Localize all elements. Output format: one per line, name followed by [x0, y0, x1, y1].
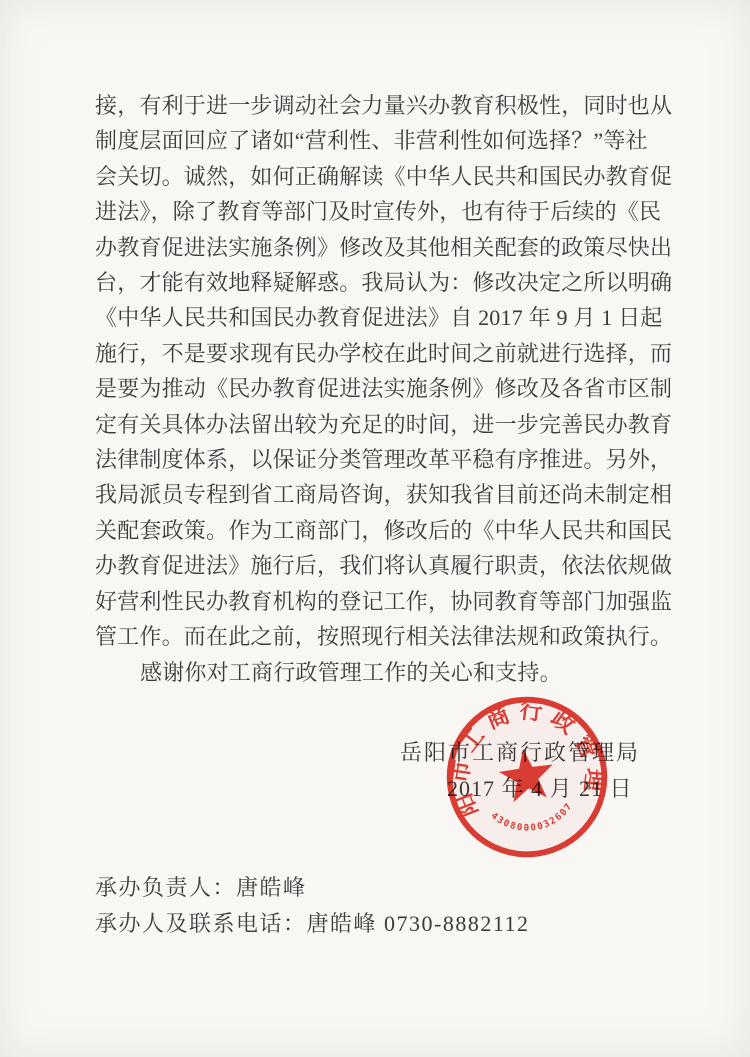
body-line: 《中华人民共和国民办教育促进法》自 2017 年 9 月 1 日起	[95, 300, 670, 335]
body-line: 台，才能有效地释疑解惑。我局认为：修改决定之所以明确	[95, 265, 670, 300]
body-line: 接，有利于进一步调动社会力量兴办教育积极性，同时也从	[95, 88, 670, 123]
seal-serial-container: 4308000032607	[488, 799, 578, 839]
letter-body: 接，有利于进一步调动社会力量兴办教育积极性，同时也从 制度层面回应了诸如“营利性…	[95, 88, 670, 690]
handler-line: 承办负责人：唐皓峰	[95, 870, 530, 906]
scanned-document-page: 接，有利于进一步调动社会力量兴办教育积极性，同时也从 制度层面回应了诸如“营利性…	[0, 0, 750, 1057]
body-line: 办教育促进法》施行后，我们将认真履行职责，依法依规做	[95, 548, 670, 583]
contact-footer: 承办负责人：唐皓峰 承办人及联系电话：唐皓峰 0730-8882112	[95, 870, 530, 942]
body-line: 定有关具体办法留出较为充足的时间，进一步完善民办教育	[95, 407, 670, 442]
closing-line: 感谢你对工商行政管理工作的关心和支持。	[95, 655, 670, 690]
contact-line: 承办人及联系电话：唐皓峰 0730-8882112	[95, 906, 530, 942]
signature-org-name: 岳阳市工商行政管理局	[400, 736, 640, 767]
body-line: 好营利性民办教育机构的登记工作，协同教育等部门加强监	[95, 584, 670, 619]
body-line: 办教育促进法实施条例》修改及其他相关配套的政策尽快出	[95, 230, 670, 265]
signature-date: 2017 年 4 月 21 日	[447, 772, 633, 803]
body-line: 会关切。诚然，如何正确解读《中华人民共和国民办教育促	[95, 159, 670, 194]
body-line: 关配套政策。作为工商部门，修改后的《中华人民共和国民	[95, 513, 670, 548]
seal-serial-number: 4308000032607	[488, 799, 578, 839]
body-line: 管工作。而在此之前，按照现行相关法律法规和政策执行。	[95, 619, 670, 654]
body-line: 是要为推动《民办教育促进法实施条例》修改及各省市区制	[95, 371, 670, 406]
body-line: 施行，不是要求现有民办学校在此时间之前就进行选择，而	[95, 336, 670, 371]
body-line: 我局派员专程到省工商局咨询，获知我省目前还尚未制定相	[95, 477, 670, 512]
body-line: 法律制度体系，以保证分类管理改革平稳有序推进。另外，	[95, 442, 670, 477]
body-line: 进法》，除了教育等部门及时宣传外，也有待于后续的《民	[95, 194, 670, 229]
body-line: 制度层面回应了诸如“营利性、非营利性如何选择？”等社	[95, 123, 670, 158]
